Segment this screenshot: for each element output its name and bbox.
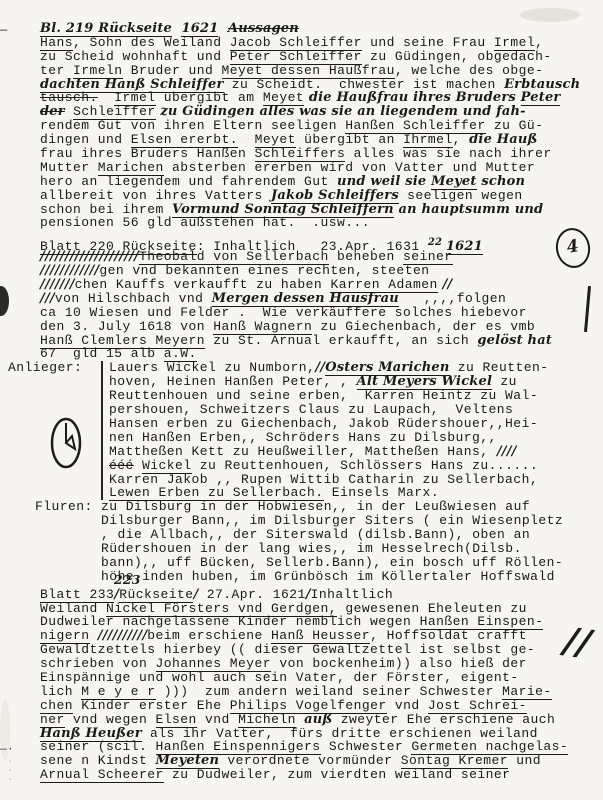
typed-text: frau ihres Bruders Hanßen — [40, 146, 255, 161]
typed-text: alles was sie nach ihrer — [345, 146, 551, 161]
doc-line: ter Irmeln Bruder und Meyet dessen Haußf… — [40, 64, 595, 78]
doc-line: rendem Gut von ihren Eltern seeligen Han… — [40, 119, 595, 133]
doc-line: Blatt 220 Rückseite: Inhaltlich 23.Apr. … — [40, 236, 595, 250]
typed-text: , Hoffsoldat crafft — [370, 628, 527, 643]
typed-text: schrieben von — [40, 656, 156, 671]
doc-line: höhe inden huben, im Grünbösch im Köller… — [101, 570, 563, 584]
typed-text: als ihr Vatter, fürs dritte erschienen w… — [142, 726, 538, 741]
typed-text: Mutter — [40, 160, 98, 175]
doc-line: Gewaldtzettels hierbey (( dieser Gewaltz… — [40, 643, 595, 657]
doc-line: sene n Kindst Meyeten verordnete vormünd… — [40, 754, 595, 768]
typed-text: 27.Apr. 1621 — [198, 587, 305, 602]
typed-text: Dilsburger Bann,, im Dilsburger Siters (… — [101, 513, 563, 528]
typed-text: sene n Kindst — [40, 753, 156, 768]
typed-text: zu Dilsburg in der Hobwiesen,, in der Le… — [101, 499, 530, 514]
typed-text: allbereit von ihres Vatters — [40, 188, 271, 203]
doc-line: Reuttenhouen und seine erben, Karren Hei… — [109, 389, 549, 403]
typed-text: übergibt an — [296, 132, 403, 147]
handwritten-text: //////////// — [40, 263, 99, 278]
typed-text: zu — [492, 374, 517, 389]
handwritten-text: die Hauß — [469, 132, 537, 147]
doc-line: Einspännige und wohl auch sein Vater, de… — [40, 671, 595, 685]
doc-line: den 3. July 1618 von Hanß Wagnern zu Gie… — [40, 320, 595, 334]
handwritten-text: zu Güdingen alles was sie — [156, 104, 358, 119]
doc-line: Hansen erben zu Giechenbach, Jakob Rüder… — [109, 417, 549, 431]
doc-line: zu Scheid wohnhaft und Peter Schleiffer … — [40, 50, 595, 64]
typed-text — [90, 628, 98, 643]
scanned-document-page: Bl. 219 Rückseite 1621 Aussagen Hans, So… — [0, 0, 603, 800]
doc-line: ///////chen Kauffs verkaufft zu haben Ka… — [40, 278, 595, 292]
typed-text: , welche des obge- — [395, 63, 544, 78]
doc-line: ////////////////////Theobald von Sellerb… — [40, 250, 595, 264]
typed-text: , — [535, 35, 543, 50]
anlieger-list: Lauers Wickel zu Numborn,//Osters Marich… — [101, 361, 549, 500]
typed-text: verordnete vormünder — [219, 753, 401, 768]
section-blatt-220-body: ////////////////////Theobald von Sellerb… — [40, 250, 595, 361]
doc-line: pershouen, Schweitzers Claus zu Laupach,… — [109, 403, 549, 417]
doc-line: nigern //////////beim erschiene Hanß Heu… — [40, 629, 595, 643]
typed-text: zu St. Arnual erkaufft, an sich — [205, 333, 477, 348]
typed-text: vnd wegen — [65, 712, 156, 727]
doc-line: schrieben von Johannes Meyer von bockenh… — [40, 657, 595, 671]
handwritten-text: an liegendem und fah- — [357, 104, 526, 119]
doc-line: dachten Hanß Schleiffer zu Scheidt. chwe… — [40, 78, 595, 92]
handwritten-text: und weil sie — [337, 174, 431, 189]
blatt-number-correction: 223 — [114, 573, 141, 587]
typed-text: 67 gld 15 alb — [40, 346, 164, 361]
handwritten-text: //// — [497, 444, 517, 459]
handwritten-text: gelöst hat — [477, 333, 552, 348]
doc-line: allbereit von ihres Vatters Jakob Schlei… — [40, 189, 595, 203]
typed-text: zu Reutten- — [450, 360, 549, 375]
doc-line: Bl. 219 Rückseite 1621 Aussagen — [40, 22, 595, 36]
typed-text: seeligen wegen — [399, 188, 523, 203]
typed-text: Mattheßen Kett zu Heußweiller, Mattheßen… — [109, 444, 497, 459]
typed-text: hoven, Heinen Hanßen Peter, , — [109, 374, 357, 389]
typed-text: , die Allbach,, der Siterswald (dilsb.Ba… — [101, 527, 530, 542]
doc-line: Weiland Nickel Försters vnd Gerdgen, gew… — [40, 602, 595, 616]
typed-text: beneben — [329, 249, 403, 264]
handwritten-text: // — [438, 277, 453, 292]
doc-line: der Schleiffer zu Güdingen alles was sie… — [40, 105, 595, 119]
doc-line: dingen und Elsen ererbt. Meyet übergibt … — [40, 133, 595, 147]
margin-dash-mark: — — [0, 24, 8, 38]
section-blatt-223-body: Weiland Nickel Försters vnd Gerdgen, gew… — [40, 602, 595, 783]
doc-line: Blatt 233/Rückseite/ 27.Apr. 1621/Inhalt… — [40, 588, 595, 602]
typed-text: , Sohn des Weiland — [73, 35, 230, 50]
fluren-list: zu Dilsburg in der Hobwiesen,, in der Le… — [101, 500, 563, 583]
typed-text: zu Gü- — [486, 118, 544, 133]
handwritten-text: /// — [40, 291, 55, 306]
doc-line: Dilsburger Bann,, im Dilsburger Siters (… — [101, 514, 563, 528]
typed-text: und seine Frau — [362, 35, 494, 50]
typed-text: höhe inden huben, im Grünbösch im Köller… — [101, 569, 555, 584]
typed-text: pershouen, Schweitzers Claus zu Laupach,… — [109, 402, 513, 417]
typed-text: vnd — [197, 712, 238, 727]
typed-text: tausch. — [40, 90, 98, 105]
typed-text: zu Güdingen, obgedach- — [362, 49, 552, 64]
doc-line: Arnual Scheerer zu Dudweiler, zum vierdt… — [40, 768, 595, 782]
typed-text: gen vnd bekannten eines rechten, steeten — [99, 263, 429, 278]
doc-line: bann),, uff Bücken, Sellerb.Bann), ein b… — [101, 556, 563, 570]
typed-text: seiner (scil. — [40, 739, 156, 754]
handwritten-text: //////////////////// — [40, 249, 139, 264]
doc-line: Hanß Clemlers Meyern zu St. Arnual erkau… — [40, 334, 595, 348]
doc-line: Karren Jakob ,, Rupen Wittib Catharin zu… — [109, 473, 549, 487]
typed-text: zu Giechenbach, der es vmb — [312, 319, 535, 334]
handwritten-text: Peter — [521, 90, 561, 106]
typed-text: Karren Jakob ,, Rupen Wittib Catharin zu… — [109, 472, 538, 487]
typed-text: Dudweiler nachgelassene Kinder nemblich … — [40, 614, 420, 629]
doc-line: hero an liegendem und fahrendem Gut und … — [40, 175, 595, 189]
handwritten-text: ////////// — [98, 628, 147, 643]
typed-text: ca 10 Wiesen und Felder . Wie verkäuffer… — [40, 305, 527, 320]
doc-line: Hans, Sohn des Weiland Jacob Schleiffer … — [40, 36, 595, 50]
margin-circle-mark — [48, 416, 84, 474]
typed-text: Hansen erben zu Giechenbach, Jakob Rüder… — [109, 416, 538, 431]
doc-line: Dudweiler nachgelassene Kinder nemblich … — [40, 615, 595, 629]
doc-line: , die Allbach,, der Siterswald (dilsb.Ba… — [101, 528, 563, 542]
section-blatt-220-header: Blatt 220 Rückseite: Inhaltlich 23.Apr. … — [40, 236, 595, 250]
doc-line: Mattheßen Kett zu Heußweiller, Mattheßen… — [109, 445, 549, 459]
typed-text: pensionen 56 gld außstehen hat. .usw... — [40, 215, 370, 230]
typed-text: chen Kauffs verkaufft zu haben — [75, 277, 331, 292]
typed-text: zweyter Ehe erschiene auch — [332, 712, 555, 727]
anlieger-block: Anlieger: Lauers Wickel zu Numborn,//Ost… — [40, 361, 595, 500]
doc-line: tausch. Irmel übergibt am Meyet die Hauß… — [40, 91, 595, 105]
handwritten-text: /////// — [40, 277, 75, 292]
typed-text: Reuttenhouen und seine erben, Karren Hei… — [109, 388, 538, 403]
doc-line: nen Hanßen Erben,, Schröders Hans zu Dil… — [109, 431, 549, 445]
typed-text: Lauers Wickel zu Numborn, — [109, 360, 315, 375]
doc-line: frau ihres Bruders Hanßen Schleiffers al… — [40, 147, 595, 161]
typed-text: von Hilschbach vnd — [55, 291, 212, 306]
doc-line: Hanß Heußer als ihr Vatter, fürs dritte … — [40, 727, 595, 741]
handwritten-text: // — [315, 360, 325, 375]
typed-text: dingen und — [40, 132, 131, 147]
typed-text: absterben ererben wird von Vatter und Mu… — [164, 160, 535, 175]
typed-text: gewesenen Eheleuten zu — [337, 601, 527, 616]
doc-line: seiner (scil. Hanßen Einspennigers Schwe… — [40, 740, 595, 754]
doc-line: schon bei ihrem Vormund Sonntag Schleiff… — [40, 203, 595, 217]
section-blatt-223-header: Blatt 233/Rückseite/ 27.Apr. 1621/Inhalt… — [40, 588, 595, 602]
handwritten-text: Erbtausch — [504, 77, 580, 92]
doc-line: lich M e y e r ))) zum andern weiland se… — [40, 685, 595, 699]
typed-text: Arnual Scheerer — [40, 767, 164, 783]
typed-text: zu Reuttenhouen, Schlössers Hans zu.....… — [192, 458, 539, 473]
margin-dash-mark: —· — [0, 744, 14, 758]
typed-text: Schwester — [321, 739, 412, 754]
handwritten-text: schon — [477, 174, 526, 189]
typed-text: Einspännige und wohl auch sein Vater, de… — [40, 670, 519, 685]
typed-text: den 3. July 1618 von — [40, 319, 213, 334]
typed-text: Weiland — [40, 601, 106, 616]
typed-text: beim erschiene — [147, 628, 271, 643]
doc-line: Lauers Wickel zu Numborn,//Osters Marich… — [109, 361, 549, 375]
document-text-area: Bl. 219 Rückseite 1621 Aussagen Hans, So… — [0, 0, 603, 800]
typed-text: Kinder erster Ehe — [73, 698, 230, 713]
doc-line: pensionen 56 gld außstehen hat. .usw... — [40, 216, 595, 230]
typed-text: ))) zum andern weiland seiner Schwester — [156, 684, 503, 699]
typed-text: zu Dudweiler, zum vierdten weiland seine… — [164, 767, 511, 782]
handwritten-text: auß — [304, 712, 332, 727]
handwritten-text: 22 — [428, 237, 446, 248]
doc-line: Lewen Erben zu Sellerbach. Einsels Marx. — [109, 486, 549, 500]
doc-line: Rüdershouen in der lang wies,, im Hessel… — [101, 542, 563, 556]
doc-line: ca 10 Wiesen und Felder . Wie verkäuffer… — [40, 306, 595, 320]
handwritten-text — [218, 21, 227, 36]
typed-text: Gewaldtzettels hierbey (( dieser Gewaltz… — [40, 642, 535, 657]
anlieger-label: Anlieger: — [8, 361, 101, 375]
typed-text: hero an liegendem und fahrendem Gut — [40, 174, 337, 189]
scan-dot-marks: · · · — [7, 758, 13, 785]
typed-text: rendem Gut von ihren Eltern seeligen — [40, 118, 345, 133]
fluren-label: Fluren: — [35, 500, 101, 514]
typed-text: ter — [40, 63, 73, 78]
margin-double-slash-mark: // — [563, 634, 591, 651]
doc-line: hoven, Heinen Hanßen Peter, , Alt Meyers… — [109, 375, 549, 389]
typed-text: Inhaltlich — [311, 587, 394, 602]
handwritten-text: Haußfrau ihres Bruders — [336, 90, 520, 105]
typed-text: ééé — [109, 458, 134, 473]
typed-text — [65, 104, 73, 119]
handwritten-text: an hauptsumm und — [394, 202, 544, 217]
doc-line: zu Dilsburg in der Hobwiesen,, in der Le… — [101, 500, 563, 514]
doc-line: ////////////gen vnd bekannten eines rech… — [40, 264, 595, 278]
doc-line: ééé Wickel zu Reuttenhouen, Schlössers H… — [109, 459, 549, 473]
handwritten-text: der — [40, 104, 65, 119]
typed-text: zu Scheid wohnhaft und — [40, 49, 230, 64]
typed-text — [296, 712, 304, 727]
typed-text: und — [508, 753, 541, 768]
typed-text: Einsels Marx. — [324, 485, 440, 500]
typed-text: zu Scheidt. chwester ist machen — [224, 77, 505, 92]
section-blatt-219-header: Bl. 219 Rückseite 1621 Aussagen — [40, 22, 595, 36]
doc-line: ner vnd wegen Elsen vnd Micheln auß zwey… — [40, 713, 595, 727]
typed-text: schon bei ihrem — [40, 202, 172, 217]
handwritten-text: Aussagen — [228, 21, 299, 36]
section-blatt-219-body: Hans, Sohn des Weiland Jacob Schleiffer … — [40, 36, 595, 230]
typed-text: Rüdershouen in der lang wies,, im Hessel… — [101, 541, 522, 556]
typed-text — [134, 458, 142, 473]
typed-text: ,,,,folgen — [399, 291, 506, 306]
typed-text: von bockenheim)) also hieß der — [271, 656, 527, 671]
doc-line: 67 gld 15 alb a.W. — [40, 347, 595, 361]
typed-text — [98, 90, 115, 105]
typed-text: Bruder und — [123, 63, 222, 78]
doc-line: chen Kinder erster Ehe Philips Vogelfeng… — [40, 699, 595, 713]
typed-text: , — [453, 132, 470, 147]
typed-text — [238, 132, 255, 147]
typed-text: vnd — [387, 698, 428, 713]
doc-line: Mutter Marichen absterben ererben wird v… — [40, 161, 595, 175]
doc-line: ///von Hilschbach vnd Mergen dessen Haus… — [40, 292, 595, 306]
typed-text: nen Hanßen Erben,, Schröders Hans zu Dil… — [109, 430, 497, 445]
typed-text: lich — [40, 684, 81, 699]
handwritten-text: die — [304, 90, 336, 105]
typed-text: bann),, uff Bücken, Sellerb.Bann), ein b… — [101, 555, 563, 570]
typed-text: übergibt am — [156, 90, 263, 105]
